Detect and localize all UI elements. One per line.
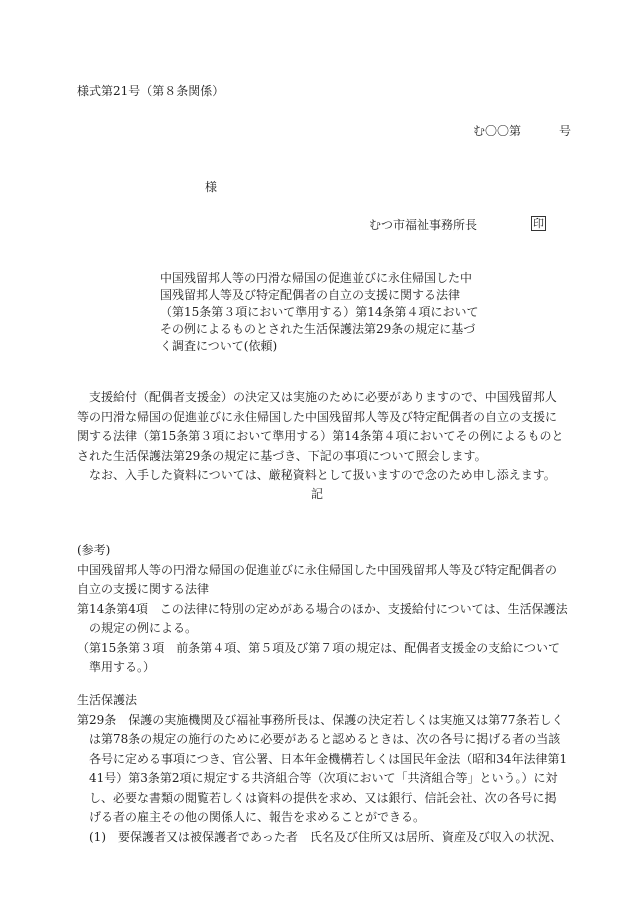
body-line: された生活保護法第29条の規定に基づき、下記の事項について照会します。 [77, 447, 557, 467]
law-line: し、必要な書類の閲覧若しくは資料の提供を求め、又は銀行、信託会社、次の各号に掲 [77, 789, 557, 809]
title-line: く調査について(依頼) [160, 338, 480, 355]
title-line: 国残留邦人等及び特定配偶者の自立の支援に関する法律 [160, 287, 480, 304]
title-line: その例によるものとされた生活保護法第29条の規定に基づ [160, 321, 480, 338]
law-line: げる者の雇主その他の関係人に、報告を求めることができる。 [77, 808, 557, 828]
reference-number: む〇〇第号 [473, 124, 571, 138]
reference-prefix: む〇〇第 [473, 124, 521, 138]
law-line: は第78条の規定の施行のために必要があると認めるときは、次の各号に掲げる者の当該 [77, 730, 557, 750]
addressee-honorific: 様 [205, 180, 217, 194]
ki-heading: 記 [311, 485, 323, 502]
title-line: 中国残留邦人等の円滑な帰国の促進並びに永住帰国した中 [160, 270, 480, 287]
reference-line: 中国残留邦人等の円滑な帰国の促進並びに永住帰国した中国残留邦人等及び特定配偶者の [77, 561, 557, 581]
body-line: 関する法律（第15条第３項において準用する）第14条第４項においてその例によるも… [77, 427, 557, 447]
reference-suffix: 号 [559, 124, 571, 138]
welfare-law-section: 生活保護法 第29条 保護の実施機関及び福祉事務所長は、保護の決定若しくは実施又… [77, 691, 557, 847]
law-heading: 生活保護法 [77, 691, 557, 711]
seal-stamp-icon: 印 [531, 216, 546, 231]
body-line: 等の円滑な帰国の促進並びに永住帰国した中国残留邦人等及び特定配偶者の自立の支援に [77, 408, 557, 428]
body-line: 支援給付（配偶者支援金）の決定又は実施のために必要がありますので、中国残留邦人 [77, 388, 557, 408]
law-line: 第29条 保護の実施機関及び福祉事務所長は、保護の決定若しくは実施又は第77条若… [77, 711, 557, 731]
form-number: 様式第21号（第８条関係） [77, 84, 224, 98]
reference-line: の規定の例による。 [77, 619, 557, 639]
body-line: なお、入手した資料については、厳秘資料として扱いますので念のため申し添えます。 [77, 466, 557, 486]
reference-heading: (参考) [77, 541, 557, 561]
request-body: 支援給付（配偶者支援金）の決定又は実施のために必要がありますので、中国残留邦人 … [77, 388, 557, 486]
document-title: 中国残留邦人等の円滑な帰国の促進並びに永住帰国した中 国残留邦人等及び特定配偶者… [160, 270, 480, 355]
sender-name: むつ市福祉事務所長 [369, 218, 477, 232]
law-line: 41号）第3条第2項に規定する共済組合等（次項において「共済組合等」という。）に… [77, 769, 557, 789]
reference-line: 準用する。） [77, 658, 557, 678]
reference-line: 自立の支援に関する法律 [77, 580, 557, 600]
law-line: 各号に定める事項につき、官公署、日本年金機構若しくは国民年金法（昭和34年法律第… [77, 750, 557, 770]
reference-section: (参考) 中国残留邦人等の円滑な帰国の促進並びに永住帰国した中国残留邦人等及び特… [77, 541, 557, 678]
title-line: （第15条第３項において準用する）第14条第４項において [160, 304, 480, 321]
reference-line: 第14条第4項 この法律に特別の定めがある場合のほか、支援給付については、生活保… [77, 600, 557, 620]
reference-line: （第15条第３項 前条第４項、第５項及び第７項の規定は、配偶者支援金の支給につい… [77, 639, 557, 659]
law-line: (1) 要保護者又は被保護者であった者 氏名及び住所又は居所、資産及び収入の状況… [77, 828, 557, 848]
